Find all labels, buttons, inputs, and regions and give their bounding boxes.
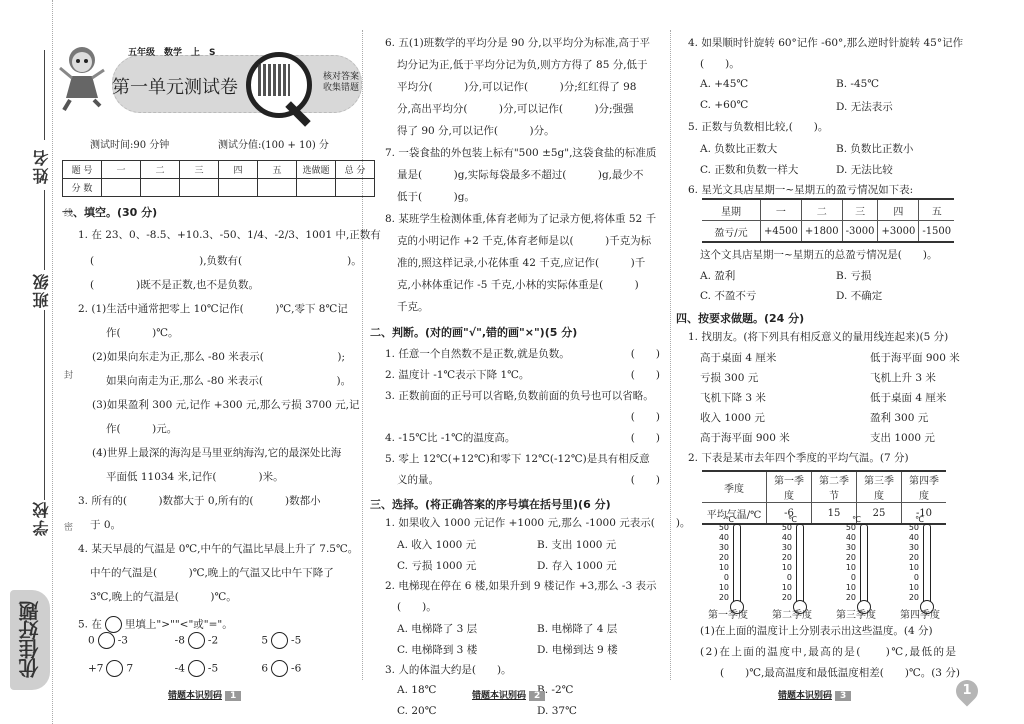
q1-line-1: 1. 在 23、0、-8.5、+10.3、-50、1/4、-2/3、1001 中… <box>78 228 381 254</box>
judge-item: 4. -15℃比 -1℃的温度高。( ) <box>385 430 660 451</box>
choice-option[interactable]: C. 亏损 1000 元 <box>397 558 537 579</box>
section-2-heading: 二、判断。(对的画"√",错的画"×")(5 分) <box>370 324 577 340</box>
page-title: 第一单元测试卷 <box>112 73 238 99</box>
answer-circle[interactable] <box>188 632 205 649</box>
thermometer-tube <box>923 524 931 605</box>
qr-note-line2: 收集错题 <box>323 83 359 94</box>
choice-list-col3: 4. 如果顺时针旋转 60°记作 -60°,那么逆时针旋转 45°记作 ( )。… <box>688 36 1008 204</box>
q6-answer-block: 这个文具店星期一~星期五的总盈亏情况是( )。 A. 盈利B. 亏损 C. 不盈… <box>700 248 1010 308</box>
sub-question-2-cont: ( )℃,最高温度和最低温度相差( )℃。(3 分) <box>700 666 960 687</box>
cell: 二 <box>141 161 180 179</box>
choice-option[interactable]: B. 负数比正数小 <box>836 141 913 162</box>
thermometer-tube <box>733 524 741 605</box>
choice-option[interactable]: C. 不盈不亏 <box>700 288 836 308</box>
q8-line: 8. 某班学生检测体重,体育老师为了记录方便,将体重 52 千 <box>385 212 656 234</box>
cell: -3000 <box>842 221 878 243</box>
thermometer-tube <box>860 524 868 605</box>
q7-line: 低于( )g。 <box>385 190 656 212</box>
q2-line-2: 作( )℃。 <box>78 326 381 350</box>
thermometer-4[interactable]: ℃ 50 40 30 20 10 0 10 20 <box>895 516 955 616</box>
q7-line: 7. 一袋食盐的外包装上标有"500 ±5g",这袋食盐的标准质 <box>385 146 656 168</box>
seal-char-seal: 封 <box>64 368 73 381</box>
sub-question-1: (1)在上面的温度计上分别表示出这些温度。(4 分) <box>700 624 960 645</box>
footer-code-1: 错题本识别码1 <box>168 688 241 701</box>
answer-paren[interactable]: ( ) <box>631 430 660 451</box>
answer-paren[interactable]: ( ) <box>631 346 660 367</box>
q8-line: 千克。 <box>385 300 656 322</box>
location-pin-icon[interactable]: 1 <box>951 675 982 706</box>
therm-label: 第一季度 <box>708 606 772 621</box>
q8-line: 准的,照这样记录,小花体重 42 千克,应记作( )千 <box>385 256 656 278</box>
cell: 三 <box>842 199 878 221</box>
q2-line-1: 2. (1)生活中通常把零上 10℃记作( )℃,零下 8℃记 <box>78 302 381 326</box>
answer-circle[interactable] <box>271 632 288 649</box>
column-divider-2 <box>670 30 671 680</box>
binding-dotted-line <box>52 0 53 724</box>
match-left-item[interactable]: 亏损 300 元 <box>700 370 870 390</box>
q7-line: 量是( )g,实际每袋最多不超过( )g,最少不 <box>385 168 656 190</box>
cell: 四 <box>878 199 919 221</box>
compare-item: -8-2 <box>175 632 262 649</box>
temp-title: 2. 下表是某市去年四个季度的平均气温。(7 分) <box>688 451 909 465</box>
score-table-score-row: 分 数 <box>63 179 375 197</box>
match-right-item[interactable]: 飞机上升 3 米 <box>870 370 936 390</box>
judge-item: 3. 正数前面的正号可以省略,负数前面的负号也可以省略。 <box>385 388 660 409</box>
cell: +1800 <box>801 221 842 243</box>
cell: 题 号 <box>63 161 102 179</box>
q3-line-2: 于 0。 <box>78 518 381 542</box>
therm-label: 第四季度 <box>900 606 964 621</box>
class-underline <box>44 190 45 270</box>
q2-4-line-1: (4)世界上最深的海沟是马里亚纳海沟,它的最深处比海 <box>78 446 381 470</box>
match-left-item[interactable]: 飞机下降 3 米 <box>700 390 870 410</box>
match-left-item[interactable]: 高于桌面 4 厘米 <box>700 350 870 370</box>
name-underline <box>44 50 45 140</box>
thermometer-3[interactable]: ℃ 50 40 30 20 10 0 10 20 <box>832 516 892 616</box>
choice-option[interactable]: C. +60℃ <box>700 99 836 120</box>
q3-line-1: 3. 所有的( )数都大于 0,所有的( )数都小 <box>78 494 381 518</box>
cell: 五 <box>919 199 954 221</box>
score-table-header-row: 题 号 一 二 三 四 五 选做题 总 分 <box>63 161 375 179</box>
judge-item: 2. 温度计 -1℃表示下降 1℃。( ) <box>385 367 660 388</box>
answer-paren[interactable]: ( ) <box>631 409 660 430</box>
cell: 第二季节 <box>812 471 857 503</box>
q2-2-line-1: (2)如果向东走为正,那么 -80 米表示( ); <box>78 350 381 374</box>
match-pairs: 高于桌面 4 厘米低于海平面 900 米 亏损 300 元飞机上升 3 米 飞机… <box>700 350 1000 450</box>
temp-subquestions: (1)在上面的温度计上分别表示出这些温度。(4 分) (2)在上面的温度中,最高… <box>700 624 960 687</box>
judge-list: 1. 任意一个自然数不是正数,就是负数。( ) 2. 温度计 -1℃表示下降 1… <box>385 346 660 493</box>
score-input-cell[interactable] <box>141 179 180 197</box>
cell: +3000 <box>878 221 919 243</box>
judge-item: 1. 任意一个自然数不是正数,就是负数。( ) <box>385 346 660 367</box>
choice-option[interactable]: B. 电梯降了 4 层 <box>537 621 617 642</box>
judge-paren-row: ( ) <box>385 409 660 430</box>
page-number: 3 <box>835 691 851 701</box>
match-left-item[interactable]: 收入 1000 元 <box>700 410 870 430</box>
q6-line: 分,高出平均分( )分,可以记作( )分;强强 <box>385 102 656 124</box>
cartoon-girl-icon <box>58 40 108 112</box>
q6-line: 6. 五(1)班数学的平均分是 90 分,以平均分为标准,高于平 <box>385 36 656 58</box>
cell: 第四季度 <box>902 471 947 503</box>
q2-2-line-2: 如果向南走为正,那么 -80 米表示( )。 <box>78 374 381 398</box>
footer-code-2: 错题本识别码2 <box>472 688 545 701</box>
choice-question-cont: ( )。 <box>688 57 1008 78</box>
seal-char-secret: 密 <box>64 520 73 533</box>
choice-option[interactable]: C. 电梯降到 3 楼 <box>397 642 537 663</box>
compare-item: 0-3 <box>88 632 175 649</box>
qr-code[interactable] <box>258 64 290 96</box>
choice-option[interactable]: D. 不确定 <box>836 288 882 308</box>
cell: 星期 <box>702 199 761 221</box>
score-input-cell[interactable] <box>258 179 297 197</box>
cell: +4500 <box>761 221 802 243</box>
q4-line-1: 4. 某天早晨的气温是 0℃,中午的气温比早晨上升了 7.5℃。 <box>78 542 381 566</box>
q6-line: 均分记为正,低于平均分记为负,则方方得了 85 分,低于 <box>385 58 656 80</box>
choice-option[interactable]: D. 37℃ <box>537 705 577 724</box>
choice-option[interactable]: C. 正数和负数一样大 <box>700 162 836 183</box>
section-1-heading: 一、填空。(30 分) <box>62 204 157 220</box>
section-3-heading: 三、选择。(将正确答案的序号填在括号里)(6 分) <box>370 496 611 512</box>
choice-option[interactable]: A. 收入 1000 元 <box>397 537 537 558</box>
choice-question: 3. 人的体温大约是( )。 <box>385 663 665 684</box>
choice-option[interactable]: D. 存入 1000 元 <box>537 558 617 579</box>
score-input-cell[interactable] <box>219 179 258 197</box>
compare-item: +77 <box>88 660 175 677</box>
choice-question: 1. 如果收入 1000 元记作 +1000 元,那么 -1000 元表示( )… <box>385 516 665 537</box>
thermometer-2[interactable]: ℃ 50 40 30 20 10 0 10 20 <box>768 516 828 616</box>
qr-note-line1: 核对答案 <box>323 72 359 83</box>
cell: 选做题 <box>297 161 336 179</box>
cell: 二 <box>801 199 842 221</box>
score-table: 题 号 一 二 三 四 五 选做题 总 分 分 数 <box>62 160 375 197</box>
q2-3-line-2: 作( )元。 <box>78 422 381 446</box>
answer-paren[interactable]: ( ) <box>631 472 660 493</box>
choice-option[interactable]: A. 盈利 <box>700 268 836 288</box>
score-input-cell[interactable] <box>180 179 219 197</box>
answer-paren[interactable]: ( ) <box>631 367 660 388</box>
q1-line-2: ( ),负数有( )。 <box>78 254 381 278</box>
footer-label: 错题本识别码 <box>168 691 222 701</box>
match-right-item[interactable]: 低于海平面 900 米 <box>870 350 960 370</box>
school-label: 学校 <box>30 500 53 536</box>
choice-option[interactable]: B. -45℃ <box>836 78 879 99</box>
cell: 分 数 <box>63 179 102 197</box>
q1-line-3: ( )既不是正数,也不是负数。 <box>78 278 381 302</box>
cell: 第三季度 <box>857 471 902 503</box>
cell: 一 <box>761 199 802 221</box>
answer-circle[interactable] <box>98 632 115 649</box>
cell: 五 <box>258 161 297 179</box>
q6-ask: 这个文具店星期一~星期五的总盈亏情况是( )。 <box>700 248 1010 268</box>
thermometer-labels: 第一季度 第二季度 第三季度 第四季度 <box>708 606 968 621</box>
profit-table: 星期 一 二 三 四 五 盈亏/元 +4500 +1800 -3000 +300… <box>702 198 954 243</box>
cell: 三 <box>180 161 219 179</box>
choice-option[interactable]: B. 支出 1000 元 <box>537 537 616 558</box>
match-title: 1. 找朋友。(将下列具有相反意义的量用线连起来)(5 分) <box>688 330 948 344</box>
choice-option[interactable]: D. 无法表示 <box>836 99 893 120</box>
name-label: 姓名 <box>30 148 53 184</box>
answer-circle[interactable] <box>188 660 205 677</box>
choice-option[interactable]: D. 电梯到达 9 楼 <box>537 642 618 663</box>
pin-number: 1 <box>956 680 978 702</box>
section-4-heading: 四、按要求做题。(24 分) <box>676 310 804 326</box>
compare-item: 6-6 <box>261 660 348 677</box>
match-right-item[interactable]: 低于桌面 4 厘米 <box>870 390 946 410</box>
therm-label: 第三季度 <box>836 606 900 621</box>
match-left-item[interactable]: 高于海平面 900 米 <box>700 430 870 450</box>
column-1-body: 1. 在 23、0、-8.5、+10.3、-50、1/4、-2/3、1001 中… <box>78 228 381 646</box>
score-input-cell[interactable] <box>102 179 141 197</box>
footer-label: 错题本识别码 <box>778 691 832 701</box>
answer-circle[interactable] <box>106 660 123 677</box>
cell: -1500 <box>919 221 954 243</box>
compare-item: -4-5 <box>175 660 262 677</box>
q8-line: 克,小林体重记作 -5 千克,小林的实际体重是( ) <box>385 278 656 300</box>
cell: 四 <box>219 161 258 179</box>
class-label: 班级 <box>30 272 53 308</box>
page-number: 2 <box>529 691 545 701</box>
compare-grid: 0-3 -8-2 5-5 +77 -4-5 6-6 <box>88 626 348 682</box>
grade-subject: 五年级 数学 上 S <box>128 45 215 58</box>
q4-line-3: 3℃,晚上的气温是( )℃。 <box>78 590 381 616</box>
choice-option[interactable]: A. 电梯降了 3 层 <box>397 621 537 642</box>
choice-option[interactable]: C. 20℃ <box>397 705 537 724</box>
q2-4-line-2: 平面低 11034 米,记作( )米。 <box>78 470 381 494</box>
compare-item: 5-5 <box>261 632 348 649</box>
q6-line: 得了 90 分,可以记作( )分。 <box>385 124 656 146</box>
q6-line: 平均分( )分,可以记作( )分;红红得了 98 <box>385 80 656 102</box>
choice-question: 5. 正数与负数相比较,( )。 <box>688 120 1008 141</box>
cell: 季度 <box>702 471 767 503</box>
q2-3-line-1: (3)如果盈利 300 元,记作 +300 元,那么亏损 3700 元,记 <box>78 398 381 422</box>
choice-option[interactable]: B. 亏损 <box>836 268 871 288</box>
page-number: 1 <box>225 691 241 701</box>
sub-question-2: (2)在上面的温度中,最高的是( )℃,最低的是 <box>700 645 960 666</box>
score-input-cell[interactable] <box>297 179 336 197</box>
judge-item: 5. 零上 12℃(+12℃)和零下 12℃(-12℃)是具有相反意 <box>385 451 660 472</box>
cell: 总 分 <box>336 161 375 179</box>
choice-question: 4. 如果顺时针旋转 60°记作 -60°,那么逆时针旋转 45°记作 <box>688 36 1008 57</box>
footer-code-3: 错题本识别码3 <box>778 688 851 701</box>
cell: 第一季度 <box>767 471 812 503</box>
cell: 一 <box>102 161 141 179</box>
choice-question-cont: ( )。 <box>385 600 665 621</box>
match-right-item[interactable]: 盈利 300 元 <box>870 410 928 430</box>
answer-circle[interactable] <box>271 660 288 677</box>
test-score: 测试分值:(100 + 10) 分 <box>218 136 329 151</box>
thermometer-1[interactable]: ℃ 50 40 30 20 10 0 10 20 <box>705 516 765 616</box>
cell: 盈亏/元 <box>702 221 761 243</box>
footer-label: 错题本识别码 <box>472 691 526 701</box>
brand-logo: 优佳好题 <box>10 590 50 690</box>
match-right-item[interactable]: 支出 1000 元 <box>870 430 935 450</box>
q4-line-2: 中午的气温是( )℃,晚上的气温又比中午下降了 <box>78 566 381 590</box>
choice-option[interactable]: A. +45℃ <box>700 78 836 99</box>
test-time: 测试时间:90 分钟 <box>90 136 169 151</box>
choice-question: 2. 电梯现在停在 6 楼,如果升到 9 楼记作 +3,那么 -3 表示 <box>385 579 665 600</box>
q8-line: 克的小明记作 +2 千克,体育老师是以( )千克为标 <box>385 234 656 256</box>
therm-label: 第二季度 <box>772 606 836 621</box>
thermometer-tube <box>796 524 804 605</box>
choice-option[interactable]: A. 负数比正数大 <box>700 141 836 162</box>
qr-note: 核对答案 收集错题 <box>323 72 359 94</box>
choice-option[interactable]: D. 无法比较 <box>836 162 893 183</box>
score-input-cell[interactable] <box>336 179 375 197</box>
judge-item-cont: 义的量。( ) <box>385 472 660 493</box>
column-2-body: 6. 五(1)班数学的平均分是 90 分,以平均分为标准,高于平 均分记为正,低… <box>385 36 656 322</box>
school-underline <box>44 310 45 500</box>
